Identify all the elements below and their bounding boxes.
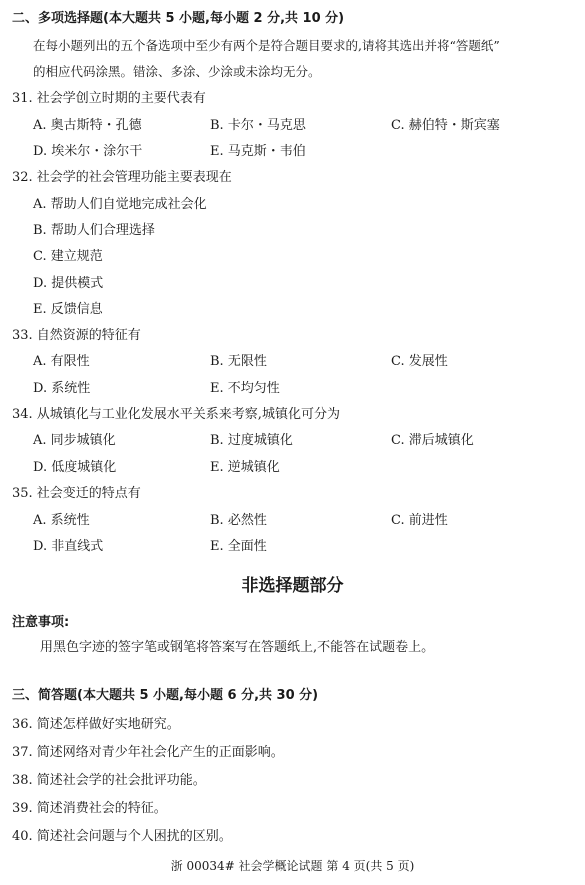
question-35-option-a: A. 系统性: [33, 512, 90, 530]
question-34-option-a: A. 同步城镇化: [33, 432, 116, 450]
question-36: 36. 简述怎样做好实地研究。: [12, 716, 180, 734]
question-33-stem: 33. 自然资源的特征有: [12, 327, 141, 345]
question-35-option-d: D. 非直线式: [33, 538, 103, 556]
question-31-stem: 31. 社会学创立时期的主要代表有: [12, 90, 206, 108]
notice-label: 注意事项:: [12, 614, 69, 632]
question-33-option-e: E. 不均匀性: [210, 380, 280, 398]
question-34-stem: 34. 从城镇化与工业化发展水平关系来考察,城镇化可分为: [12, 406, 340, 424]
question-39: 39. 简述消费社会的特征。: [12, 800, 167, 818]
question-33-option-c: C. 发展性: [391, 353, 448, 371]
part2-title: 非选择题部分: [0, 575, 585, 597]
question-31-option-e: E. 马克斯・韦伯: [210, 143, 306, 161]
question-40: 40. 简述社会问题与个人困扰的区别。: [12, 828, 232, 846]
question-34-option-b: B. 过度城镇化: [210, 432, 293, 450]
section2-instruction-line2: 的相应代码涂黑。错涂、多涂、少涂或未涂均无分。: [33, 63, 321, 81]
question-32-option-c: C. 建立规范: [33, 248, 103, 266]
page-footer: 浙 00034# 社会学概论试题 第 4 页(共 5 页): [0, 857, 585, 875]
section3-title: 三、简答题(本大题共 5 小题,每小题 6 分,共 30 分): [12, 687, 318, 705]
question-38: 38. 简述社会学的社会批评功能。: [12, 772, 206, 790]
question-32-option-b: B. 帮助人们合理选择: [33, 222, 155, 240]
question-35-option-c: C. 前进性: [391, 512, 448, 530]
question-31-option-c: C. 赫伯特・斯宾塞: [391, 117, 500, 135]
question-35-option-e: E. 全面性: [210, 538, 267, 556]
question-31-option-b: B. 卡尔・马克思: [210, 117, 306, 135]
question-34-option-e: E. 逆城镇化: [210, 459, 280, 477]
section2-instruction-line1: 在每小题列出的五个备选项中至少有两个是符合题目要求的,请将其选出并将“答题纸”: [33, 37, 500, 55]
question-32-option-a: A. 帮助人们自觉地完成社会化: [33, 196, 207, 214]
question-31-option-d: D. 埃米尔・涂尔干: [33, 143, 142, 161]
question-34-option-d: D. 低度城镇化: [33, 459, 116, 477]
question-32-option-e: E. 反馈信息: [33, 301, 103, 319]
question-35-stem: 35. 社会变迁的特点有: [12, 485, 141, 503]
question-37: 37. 简述网络对青少年社会化产生的正面影响。: [12, 744, 284, 762]
question-33-option-b: B. 无限性: [210, 353, 267, 371]
section2-title: 二、多项选择题(本大题共 5 小题,每小题 2 分,共 10 分): [12, 10, 344, 28]
question-32-stem: 32. 社会学的社会管理功能主要表现在: [12, 169, 232, 187]
question-33-option-d: D. 系统性: [33, 380, 90, 398]
question-31-option-a: A. 奥古斯特・孔德: [33, 117, 142, 135]
question-33-option-a: A. 有限性: [33, 353, 90, 371]
question-34-option-c: C. 滞后城镇化: [391, 432, 474, 450]
question-32-option-d: D. 提供模式: [33, 275, 103, 293]
question-35-option-b: B. 必然性: [210, 512, 267, 530]
notice-text: 用黑色字迹的签字笔或钢笔将答案写在答题纸上,不能答在试题卷上。: [40, 639, 434, 657]
